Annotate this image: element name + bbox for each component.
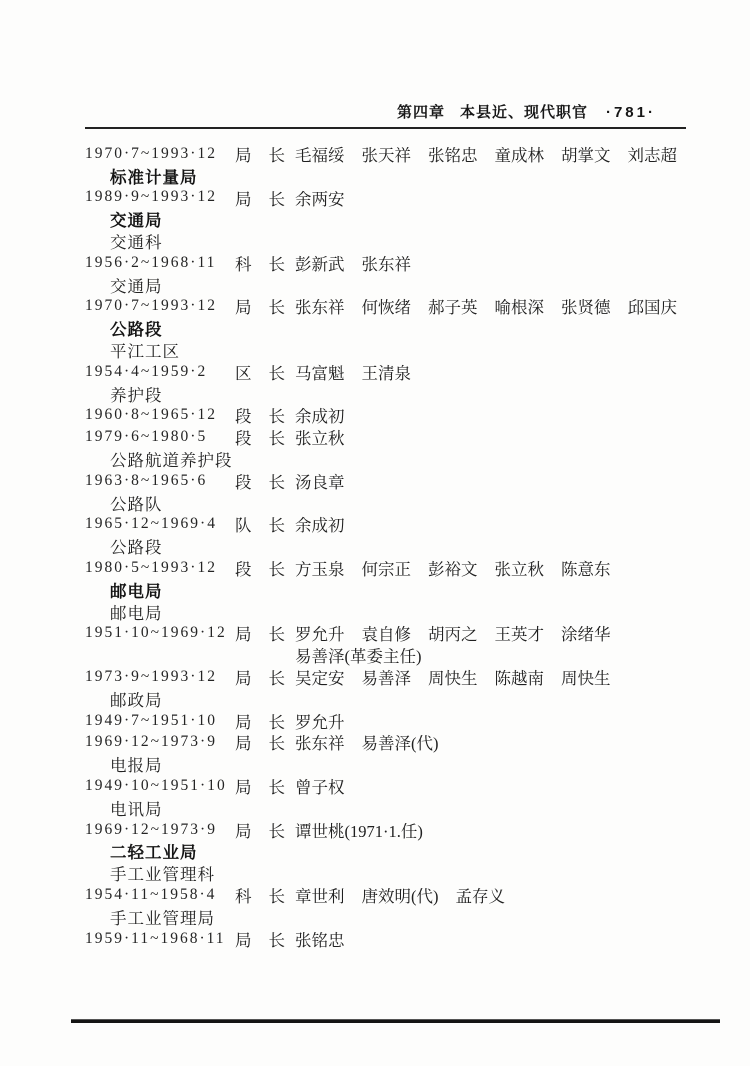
official-name: 余成初 — [295, 512, 345, 536]
entry-row: 1965·12~1969·4队长余成初 — [85, 514, 725, 536]
post-char: 科 — [235, 883, 252, 907]
post-char: 长 — [269, 425, 286, 449]
department-heading: 二轻工业局 — [85, 841, 725, 863]
post-title: 段长 — [235, 469, 295, 493]
post-char: 局 — [235, 818, 252, 842]
post-char: 长 — [269, 403, 286, 427]
post-title: 局长 — [235, 818, 295, 842]
official-name: 周快生 — [561, 665, 611, 689]
official-name: 袁自修 — [362, 621, 412, 645]
chapter-title: 本县近、现代职官 — [460, 104, 588, 121]
official-names: 方玉泉何宗正彭裕文张立秋陈意东 — [295, 556, 611, 580]
official-name: 曾子权 — [295, 774, 345, 798]
post-char: 长 — [269, 818, 286, 842]
document-page: 第四章本县近、现代职官·781· 1970·7~1993·12局长毛福绥张天祥张… — [0, 0, 750, 1066]
entry-continuation-row: 易善泽(革委主任) — [85, 644, 725, 666]
post-char: 局 — [235, 709, 252, 733]
official-name: 刘志超 — [628, 142, 678, 166]
heading-text: 交通局 — [85, 273, 163, 297]
official-name: 童成林 — [495, 142, 545, 166]
date-range: 1979·6~1980·5 — [85, 428, 235, 446]
official-names: 彭新武张东祥 — [295, 251, 411, 275]
post-title: 科长 — [235, 251, 295, 275]
post-char: 长 — [269, 186, 286, 210]
post-char: 长 — [269, 774, 286, 798]
post-char: 长 — [269, 251, 286, 275]
official-name: 易善泽 — [362, 665, 412, 689]
official-name: 章世利 — [295, 883, 345, 907]
official-names: 毛福绥张天祥张铭忠童成林胡掌文刘志超 — [295, 142, 677, 166]
heading-text: 交通科 — [85, 229, 163, 253]
page-number: ·781· — [606, 104, 656, 121]
date-range: 1949·7~1951·10 — [85, 712, 235, 730]
post-title: 局长 — [235, 294, 295, 318]
official-name: 何恢绪 — [362, 294, 412, 318]
heading-text: 邮电局 — [85, 578, 163, 602]
official-name: 陈意东 — [561, 556, 611, 580]
department-heading: 标准计量局 — [85, 165, 725, 187]
entry-row: 1970·7~1993·12局长毛福绥张天祥张铭忠童成林胡掌文刘志超 — [85, 143, 725, 165]
official-name: 毛福绥 — [295, 142, 345, 166]
sub-unit-heading: 交通科 — [85, 230, 725, 252]
post-char: 局 — [235, 186, 252, 210]
official-name: 涂绪华 — [561, 621, 611, 645]
date-range: 1954·11~1958·4 — [85, 886, 235, 904]
official-names: 罗允升袁自修胡丙之王英才涂绪华 — [295, 621, 611, 645]
heading-text: 公路段 — [85, 316, 163, 340]
heading-text: 交通局 — [85, 207, 163, 231]
heading-text: 邮政局 — [85, 687, 163, 711]
entry-row: 1969·12~1973·9局长张东祥易善泽(代) — [85, 732, 725, 754]
official-names: 曾子权 — [295, 774, 345, 798]
official-name: 彭裕文 — [428, 556, 478, 580]
post-title: 段长 — [235, 425, 295, 449]
entry-row: 1949·10~1951·10局长曾子权 — [85, 775, 725, 797]
post-title: 段长 — [235, 403, 295, 427]
post-char: 长 — [269, 142, 286, 166]
heading-text: 邮电局 — [85, 600, 163, 624]
date-range: 1956·2~1968·11 — [85, 254, 235, 272]
entry-row: 1951·10~1969·12局长罗允升袁自修胡丙之王英才涂绪华 — [85, 623, 725, 645]
official-names: 余成初 — [295, 403, 345, 427]
date-range: 1951·10~1969·12 — [85, 624, 235, 642]
official-name: 方玉泉 — [295, 556, 345, 580]
date-range: 1959·11~1968·11 — [85, 930, 235, 948]
heading-text: 电报局 — [85, 752, 163, 776]
post-char: 局 — [235, 294, 252, 318]
post-char: 长 — [269, 360, 286, 384]
heading-text: 手工业管理科 — [85, 861, 215, 885]
official-name: 周快生 — [428, 665, 478, 689]
official-name: 余成初 — [295, 403, 345, 427]
post-char: 长 — [269, 883, 286, 907]
entry-row: 1989·9~1993·12局长余两安 — [85, 187, 725, 209]
official-name: 余两安 — [295, 186, 345, 210]
official-names: 汤良章 — [295, 469, 345, 493]
official-name: 陈越南 — [495, 665, 545, 689]
heading-text: 公路队 — [85, 491, 163, 515]
heading-text: 养护段 — [85, 382, 163, 406]
entry-row: 1970·7~1993·12局长张东祥何恢绪郝子英喻根深张贤德邱国庆 — [85, 296, 725, 318]
post-char: 长 — [269, 730, 286, 754]
post-char: 长 — [269, 665, 286, 689]
official-name: 胡丙之 — [428, 621, 478, 645]
official-names: 谭世桃(1971·1.任) — [295, 818, 423, 842]
official-name: 张天祥 — [362, 142, 412, 166]
sub-unit-heading: 电讯局 — [85, 797, 725, 819]
official-name: 罗允升 — [295, 621, 345, 645]
official-name: 张铭忠 — [295, 927, 345, 951]
post-title: 科长 — [235, 883, 295, 907]
post-char: 段 — [235, 556, 252, 580]
post-char: 长 — [269, 469, 286, 493]
department-heading: 公路段 — [85, 317, 725, 339]
heading-text: 公路航道养护段 — [85, 447, 233, 471]
entry-row: 1980·5~1993·12段长方玉泉何宗正彭裕文张立秋陈意东 — [85, 557, 725, 579]
official-names: 张东祥何恢绪郝子英喻根深张贤德邱国庆 — [295, 294, 677, 318]
official-name: 易善泽(代) — [362, 730, 439, 754]
official-name: 喻根深 — [495, 294, 545, 318]
post-title: 局长 — [235, 621, 295, 645]
footer-rule — [71, 1019, 720, 1023]
heading-text: 平江工区 — [85, 338, 180, 362]
post-char: 长 — [269, 294, 286, 318]
date-range: 1965·12~1969·4 — [85, 515, 235, 533]
header-rule — [85, 127, 686, 129]
post-title: 局长 — [235, 665, 295, 689]
official-name: 孟存义 — [456, 883, 506, 907]
post-title: 局长 — [235, 927, 295, 951]
sub-unit-heading: 养护段 — [85, 383, 725, 405]
sub-unit-heading: 手工业管理局 — [85, 906, 725, 928]
post-char: 局 — [235, 665, 252, 689]
department-heading: 邮电局 — [85, 579, 725, 601]
sub-unit-heading: 交通局 — [85, 274, 725, 296]
sub-unit-heading: 公路队 — [85, 492, 725, 514]
post-char: 科 — [235, 251, 252, 275]
official-name: 罗允升 — [295, 709, 345, 733]
official-names: 张立秋 — [295, 425, 345, 449]
officials-list: 1970·7~1993·12局长毛福绥张天祥张铭忠童成林胡掌文刘志超标准计量局1… — [85, 143, 725, 949]
entry-row: 1956·2~1968·11科长彭新武张东祥 — [85, 252, 725, 274]
heading-text: 手工业管理局 — [85, 905, 215, 929]
official-names: 罗允升 — [295, 709, 345, 733]
date-range: 1949·10~1951·10 — [85, 777, 235, 795]
official-name: 张立秋 — [495, 556, 545, 580]
official-name: 王清泉 — [362, 360, 412, 384]
official-name: 张铭忠 — [428, 142, 478, 166]
post-char: 段 — [235, 469, 252, 493]
post-char: 长 — [269, 709, 286, 733]
post-title: 段长 — [235, 556, 295, 580]
entry-row: 1959·11~1968·11局长张铭忠 — [85, 928, 725, 950]
date-range: 1969·12~1973·9 — [85, 733, 235, 751]
official-name: 邱国庆 — [628, 294, 678, 318]
sub-unit-heading: 平江工区 — [85, 339, 725, 361]
post-title: 队长 — [235, 512, 295, 536]
entry-row: 1969·12~1973·9局长谭世桃(1971·1.任) — [85, 819, 725, 841]
official-names: 易善泽(革委主任) — [295, 643, 422, 667]
official-name: 易善泽(革委主任) — [295, 643, 422, 667]
post-char: 长 — [269, 556, 286, 580]
official-name: 张东祥 — [295, 294, 345, 318]
date-range: 1970·7~1993·12 — [85, 145, 235, 163]
post-char: 局 — [235, 621, 252, 645]
heading-text: 标准计量局 — [85, 164, 198, 188]
date-range: 1969·12~1973·9 — [85, 821, 235, 839]
official-name: 王英才 — [495, 621, 545, 645]
running-header: 第四章本县近、现代职官·781· — [397, 101, 656, 122]
date-range: 1970·7~1993·12 — [85, 297, 235, 315]
official-name: 汤良章 — [295, 469, 345, 493]
official-names: 张铭忠 — [295, 927, 345, 951]
official-names: 张东祥易善泽(代) — [295, 730, 439, 754]
post-char: 局 — [235, 774, 252, 798]
official-name: 胡掌文 — [561, 142, 611, 166]
heading-text: 公路段 — [85, 534, 163, 558]
post-char: 队 — [235, 512, 252, 536]
post-char: 长 — [269, 512, 286, 536]
official-name: 唐效明(代) — [362, 883, 439, 907]
entry-row: 1954·11~1958·4科长章世利唐效明(代)孟存义 — [85, 884, 725, 906]
entry-row: 1954·4~1959·2区长马富魁王清泉 — [85, 361, 725, 383]
date-range: 1989·9~1993·12 — [85, 188, 235, 206]
department-heading: 交通局 — [85, 208, 725, 230]
official-names: 马富魁王清泉 — [295, 360, 411, 384]
official-name: 张东祥 — [295, 730, 345, 754]
post-char: 长 — [269, 927, 286, 951]
date-range: 1954·4~1959·2 — [85, 363, 235, 381]
date-range: 1973·9~1993·12 — [85, 668, 235, 686]
heading-text: 二轻工业局 — [85, 839, 198, 863]
post-char: 段 — [235, 425, 252, 449]
official-name: 张东祥 — [362, 251, 412, 275]
entry-row: 1973·9~1993·12局长吴定安易善泽周快生陈越南周快生 — [85, 666, 725, 688]
post-title: 局长 — [235, 709, 295, 733]
post-char: 长 — [269, 621, 286, 645]
post-title: 局长 — [235, 730, 295, 754]
sub-unit-heading: 邮政局 — [85, 688, 725, 710]
date-range: 1960·8~1965·12 — [85, 406, 235, 424]
date-range: 1963·8~1965·6 — [85, 472, 235, 490]
entry-row: 1949·7~1951·10局长罗允升 — [85, 710, 725, 732]
heading-text: 电讯局 — [85, 796, 163, 820]
official-names: 吴定安易善泽周快生陈越南周快生 — [295, 665, 611, 689]
post-char: 局 — [235, 927, 252, 951]
official-name: 马富魁 — [295, 360, 345, 384]
official-name: 吴定安 — [295, 665, 345, 689]
official-name: 郝子英 — [428, 294, 478, 318]
post-title: 局长 — [235, 186, 295, 210]
post-char: 局 — [235, 142, 252, 166]
official-name: 彭新武 — [295, 251, 345, 275]
entry-row: 1960·8~1965·12段长余成初 — [85, 405, 725, 427]
post-char: 局 — [235, 730, 252, 754]
post-title: 局长 — [235, 142, 295, 166]
official-name: 何宗正 — [362, 556, 412, 580]
date-range: 1980·5~1993·12 — [85, 559, 235, 577]
official-name: 谭世桃(1971·1.任) — [295, 818, 423, 842]
sub-unit-heading: 公路段 — [85, 535, 725, 557]
sub-unit-heading: 公路航道养护段 — [85, 448, 725, 470]
sub-unit-heading: 手工业管理科 — [85, 862, 725, 884]
chapter-label: 第四章 — [397, 104, 445, 121]
official-names: 章世利唐效明(代)孟存义 — [295, 883, 505, 907]
post-title: 区长 — [235, 360, 295, 384]
post-title: 局长 — [235, 774, 295, 798]
sub-unit-heading: 电报局 — [85, 753, 725, 775]
entry-row: 1963·8~1965·6段长汤良章 — [85, 470, 725, 492]
official-name: 张立秋 — [295, 425, 345, 449]
entry-row: 1979·6~1980·5段长张立秋 — [85, 426, 725, 448]
post-char: 区 — [235, 360, 252, 384]
sub-unit-heading: 邮电局 — [85, 601, 725, 623]
official-names: 余成初 — [295, 512, 345, 536]
post-char: 段 — [235, 403, 252, 427]
official-name: 张贤德 — [561, 294, 611, 318]
official-names: 余两安 — [295, 186, 345, 210]
